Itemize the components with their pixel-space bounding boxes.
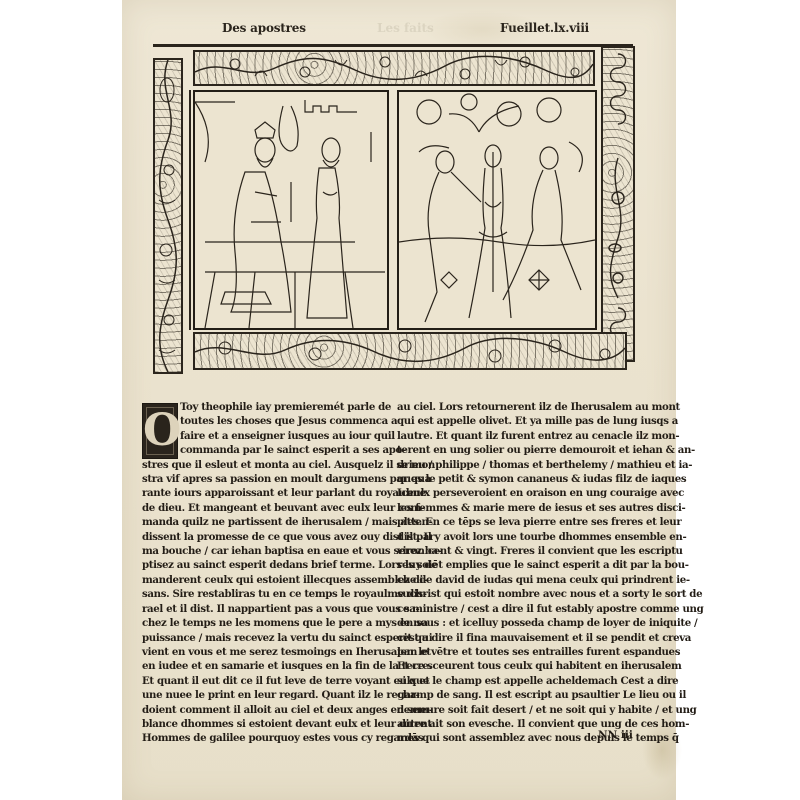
text-line: Toy theophile iay premieremét parle de: [142, 400, 394, 414]
text-line: suchrist qui estoit nombre avec nous et …: [397, 587, 665, 601]
vine-ornament-icon: [155, 60, 181, 372]
text-line: rante iours apparoissant et leur parlant…: [142, 486, 394, 500]
text-line: toutes les choses que Jesus commenca a: [142, 414, 394, 428]
king-and-prisoner-scene-icon: [195, 92, 387, 328]
text-line: champ de sang. Il est escript au psaulti…: [397, 688, 665, 702]
book-page: Les faits Des apostres Fueillet.lx.viii: [122, 0, 676, 800]
text-line: chez le temps ne les momens que le pere …: [142, 616, 394, 630]
text-line: faire et a enseigner iusques au iour qui…: [142, 429, 394, 443]
scroll-ornament-icon: [603, 48, 633, 360]
text-line: Et ce sceurent tous ceulx qui habitent e…: [397, 659, 665, 673]
vine-ornament-icon: [195, 334, 625, 368]
text-line: en iudee et en samarie et iusques en la …: [142, 659, 394, 673]
text-line: doient comment il alloit au ciel et deux…: [142, 703, 394, 717]
woodcut-panel-left: [193, 90, 389, 330]
text-line: ptisez au sainct esperit dedans brief te…: [142, 558, 394, 572]
text-line: ques le petit & symon cananeus & iudas f…: [397, 472, 665, 486]
text-line: commanda par le sainct esperit a ses apo…: [142, 443, 394, 457]
text-line: terent en ung solier ou pierre demouroit…: [397, 443, 665, 457]
text-line: manda quilz ne partissent de iherusalem …: [142, 515, 394, 529]
text-line: une nuee le print en leur regard. Quant …: [142, 688, 394, 702]
text-column-right: au ciel. Lors retournerent ilz de Iherus…: [397, 400, 665, 746]
text-line: sans. Sire restabliras tu en ce temps le…: [142, 587, 394, 601]
text-line: che de david de iudas qui mena ceulx qui…: [397, 573, 665, 587]
text-line: qui est appelle olivet. Et ya mille pas …: [397, 414, 665, 428]
flagellation-scene-icon: [399, 92, 595, 328]
text-line: dist. Il y avoit lors une tourbe dhommes…: [397, 530, 665, 544]
text-line: Et quant il eut dit ce il fut leve de te…: [142, 674, 394, 688]
text-line: de nous : et icelluy posseda champ de lo…: [397, 616, 665, 630]
text-line: cest a dire il fina mauvaisement et il s…: [397, 631, 665, 645]
text-line: vient en vous et me serez tesmoings en I…: [142, 645, 394, 659]
floral-border-bottom: [193, 332, 627, 370]
text-line: Hommes de galilee pourquoy estes vous cy…: [142, 731, 394, 745]
text-line: les femmes & marie mere de iesus et ses …: [397, 501, 665, 515]
signature-mark: NN iii: [598, 729, 633, 741]
text-line: par le vētre et toutes ses entrailles fu…: [397, 645, 665, 659]
text-line: puissance / mais recevez la vertu du sai…: [142, 631, 394, 645]
text-line: stra vif apres sa passion en moult dargu…: [142, 472, 394, 486]
text-line: rael et il dist. Il nappartient pas a vo…: [142, 602, 394, 616]
text-line: au ciel. Lors retournerent ilz de Iherus…: [397, 400, 665, 414]
floral-border-top: [193, 50, 595, 86]
woodcut-illustration: [153, 44, 633, 374]
bleed-through-text: Les faits: [377, 21, 434, 35]
text-line: demeure soit fait desert / et ne soit qu…: [397, 703, 665, 717]
text-line: lautre. Et quant ilz furent entrez au ce…: [397, 429, 665, 443]
floral-border-left: [153, 58, 183, 374]
text-line: manderent ceulx qui estoient illecques a…: [142, 573, 394, 587]
text-line: blance dhommes si estoient devant eulx e…: [142, 717, 394, 731]
text-line: viron cent & vingt. Freres il convient q…: [397, 544, 665, 558]
text-line: ce ministre / cest a dire il fut estably…: [397, 602, 665, 616]
woodcut-panel-right: [397, 90, 597, 330]
text-line: ples. En ce tēps se leva pierre entre se…: [397, 515, 665, 529]
text-line: si que le champ est appelle acheldemach …: [397, 674, 665, 688]
text-line: ma bouche / car iehan baptisa en eaue et…: [142, 544, 394, 558]
running-head-right: Fueillet.lx.viii: [500, 21, 589, 35]
text-line: Iceulx perseveroient en oraison en ung c…: [397, 486, 665, 500]
text-line: drieu / philippe / thomas et berthelemy …: [397, 458, 665, 472]
vine-ornament-icon: [195, 52, 593, 84]
floral-border-right: [601, 46, 635, 362]
text-line: stres que il esleut et monta au ciel. Au…: [142, 458, 394, 472]
text-line: res soiēt emplies que le sainct esperit …: [397, 558, 665, 572]
text-line: de dieu. Et mangeant et beuvant avec eul…: [142, 501, 394, 515]
top-rule: [153, 44, 633, 47]
text-column-left: Toy theophile iay premieremét parle de t…: [142, 400, 394, 746]
frame-rule: [189, 90, 191, 330]
running-head-left: Des apostres: [222, 21, 306, 35]
text-line: dissent la promesse de ce que vous avez …: [142, 530, 394, 544]
